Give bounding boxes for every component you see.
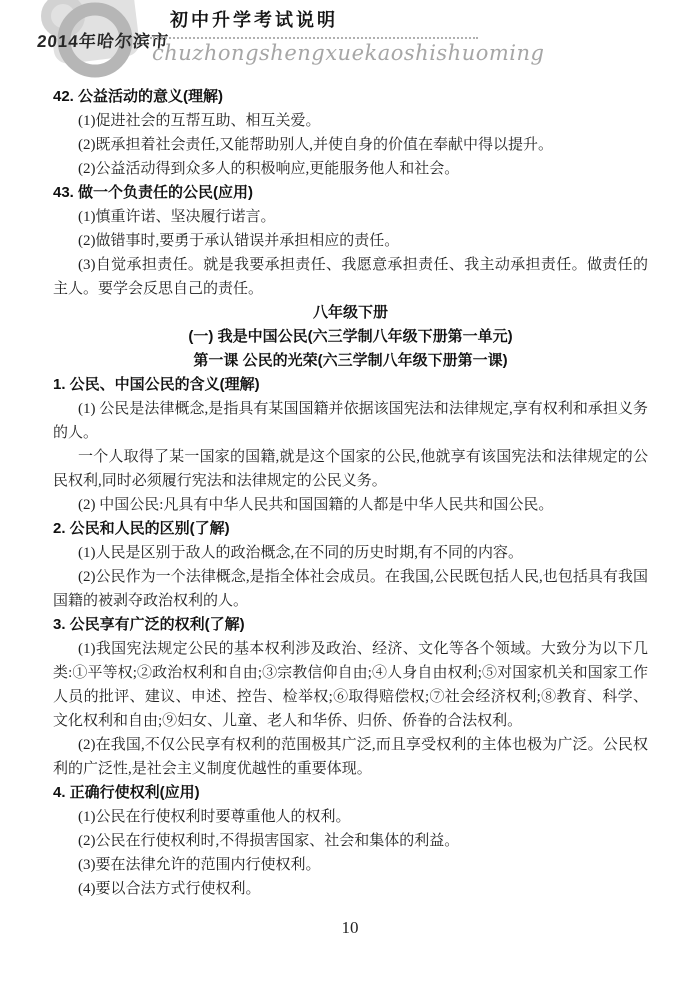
paragraph: (1)我国宪法规定公民的基本权利涉及政治、经济、文化等各个领域。大致分为以下几类… bbox=[53, 637, 648, 733]
outline-heading: 43. 做一个负责任的公民(应用) bbox=[53, 181, 648, 205]
paragraph: (3)要在法律允许的范围内行使权利。 bbox=[53, 853, 648, 877]
edition-label: 2014年哈尔滨市 bbox=[36, 31, 170, 53]
paragraph: (1)促进社会的互帮互助、相互关爱。 bbox=[53, 109, 648, 133]
page-title: 初中升学考试说明 bbox=[170, 9, 338, 31]
document-body: 42. 公益活动的意义(理解)(1)促进社会的互帮互助、相互关爱。(2)既承担着… bbox=[53, 85, 648, 901]
outline-heading: 3. 公民享有广泛的权利(了解) bbox=[53, 613, 648, 637]
paragraph: (2)在我国,不仅公民享有权利的范围极其广泛,而且享受权利的主体也极为广泛。公民… bbox=[53, 733, 648, 781]
dotted-rule bbox=[150, 37, 478, 39]
paragraph: (1)人民是区别于敌人的政治概念,在不同的历史时期,有不同的内容。 bbox=[53, 541, 648, 565]
paragraph: (1)慎重许诺、坚决履行诺言。 bbox=[53, 205, 648, 229]
section-title: 八年级下册 bbox=[53, 301, 648, 325]
document-page: 2014年哈尔滨市 初中升学考试说明 chuzhongshengxuekaosh… bbox=[0, 0, 700, 986]
paragraph: (2)公益活动得到众多人的积极响应,更能服务他人和社会。 bbox=[53, 157, 648, 181]
outline-heading: 1. 公民、中国公民的含义(理解) bbox=[53, 373, 648, 397]
section-title: 第一课 公民的光荣(六三学制八年级下册第一课) bbox=[53, 349, 648, 373]
section-title: (一) 我是中国公民(六三学制八年级下册第一单元) bbox=[53, 325, 648, 349]
paragraph: (2)做错事时,要勇于承认错误并承担相应的责任。 bbox=[53, 229, 648, 253]
page-number: 10 bbox=[0, 916, 700, 940]
pinyin-subtitle: chuzhongshengxuekaoshishuoming bbox=[152, 40, 544, 66]
paragraph: (4)要以合法方式行使权利。 bbox=[53, 877, 648, 901]
paragraph: (2) 中国公民:凡具有中华人民共和国国籍的人都是中华人民共和国公民。 bbox=[53, 493, 648, 517]
paragraph: (1)公民在行使权利时要尊重他人的权利。 bbox=[53, 805, 648, 829]
paragraph: (2)既承担着社会责任,又能帮助别人,并使自身的价值在奉献中得以提升。 bbox=[53, 133, 648, 157]
outline-heading: 42. 公益活动的意义(理解) bbox=[53, 85, 648, 109]
outline-heading: 4. 正确行使权利(应用) bbox=[53, 781, 648, 805]
outline-heading: 2. 公民和人民的区别(了解) bbox=[53, 517, 648, 541]
paragraph: 一个人取得了某一国家的国籍,就是这个国家的公民,他就享有该国宪法和法律规定的公民… bbox=[53, 445, 648, 493]
paragraph: (2)公民作为一个法律概念,是指全体社会成员。在我国,公民既包括人民,也包括具有… bbox=[53, 565, 648, 613]
paragraph: (1) 公民是法律概念,是指具有某国国籍并依据该国宪法和法律规定,享有权利和承担… bbox=[53, 397, 648, 445]
paragraph: (2)公民在行使权利时,不得损害国家、社会和集体的利益。 bbox=[53, 829, 648, 853]
paragraph: (3)自觉承担责任。就是我要承担责任、我愿意承担责任、我主动承担责任。做责任的主… bbox=[53, 253, 648, 301]
